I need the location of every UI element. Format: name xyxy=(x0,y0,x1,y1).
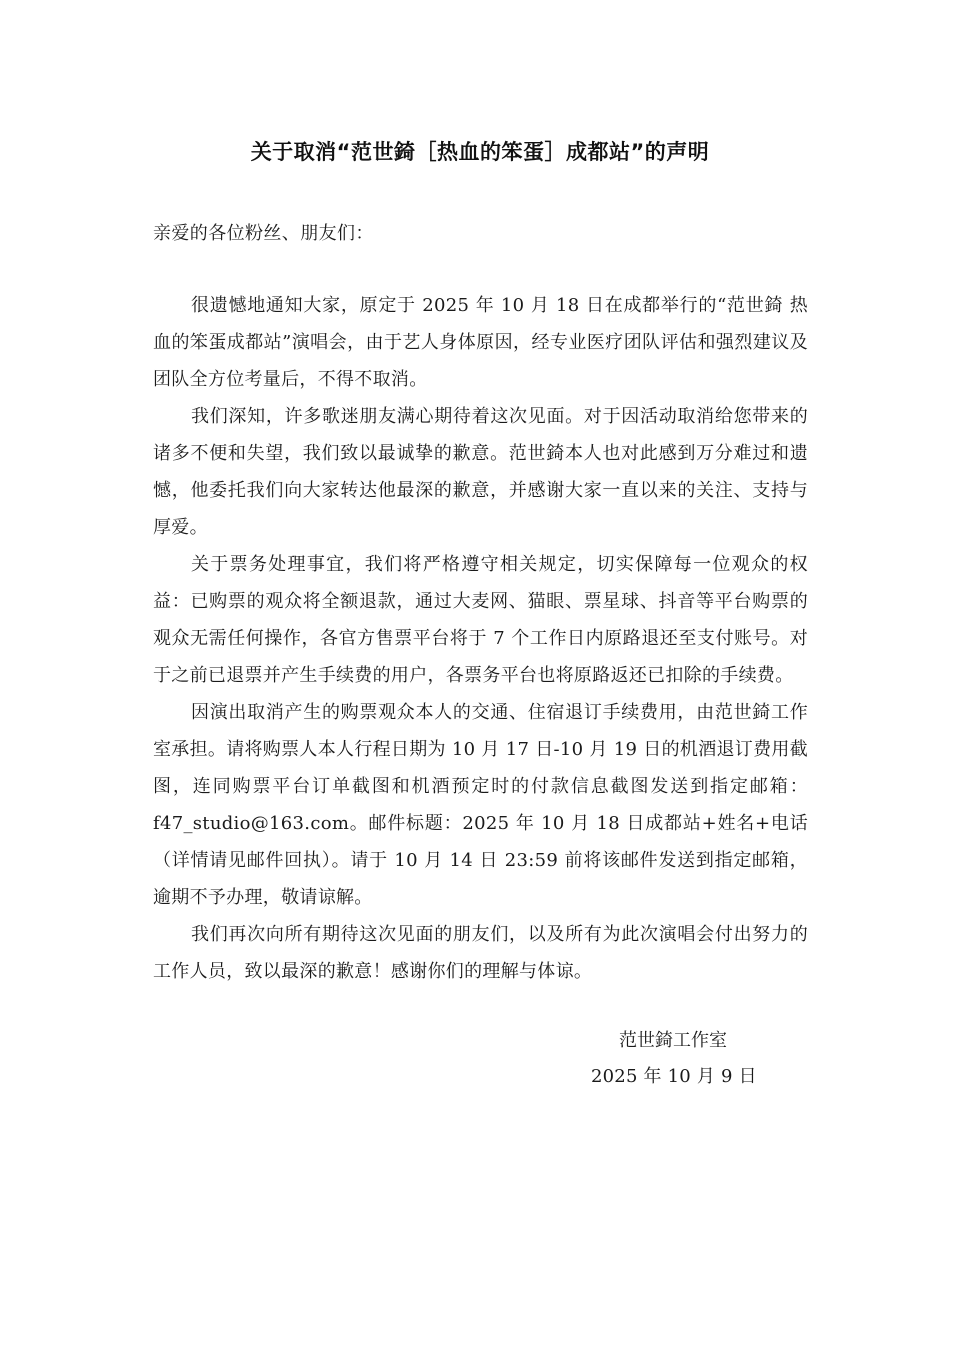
paragraph-ticket-refund: 关于票务处理事宜，我们将严格遵守相关规定，切实保障每一位观众的权益：已购票的观众… xyxy=(153,546,808,694)
salutation: 亲爱的各位粉丝、朋友们： xyxy=(153,219,374,245)
document-page: 关于取消“范世錡［热血的笨蛋］成都站”的声明 亲爱的各位粉丝、朋友们： 很遗憾地… xyxy=(0,0,960,1347)
document-body: 很遗憾地通知大家，原定于 2025 年 10 月 18 日在成都举行的“范世錡 … xyxy=(153,287,808,990)
document-title: 关于取消“范世錡［热血的笨蛋］成都站”的声明 xyxy=(0,136,960,166)
paragraph-cancellation-notice: 很遗憾地通知大家，原定于 2025 年 10 月 18 日在成都举行的“范世錡 … xyxy=(153,287,808,398)
paragraph-closing: 我们再次向所有期待这次见面的朋友们，以及所有为此次演唱会付出努力的工作人员，致以… xyxy=(153,916,808,990)
paragraph-travel-compensation: 因演出取消产生的购票观众本人的交通、住宿退订手续费用，由范世錡工作室承担。请将购… xyxy=(153,694,808,916)
signature-date: 2025 年 10 月 9 日 xyxy=(591,1062,757,1088)
paragraph-apology: 我们深知，许多歌迷朋友满心期待着这次见面。对于因活动取消给您带来的诸多不便和失望… xyxy=(153,398,808,546)
signature-name: 范世錡工作室 xyxy=(619,1026,727,1052)
